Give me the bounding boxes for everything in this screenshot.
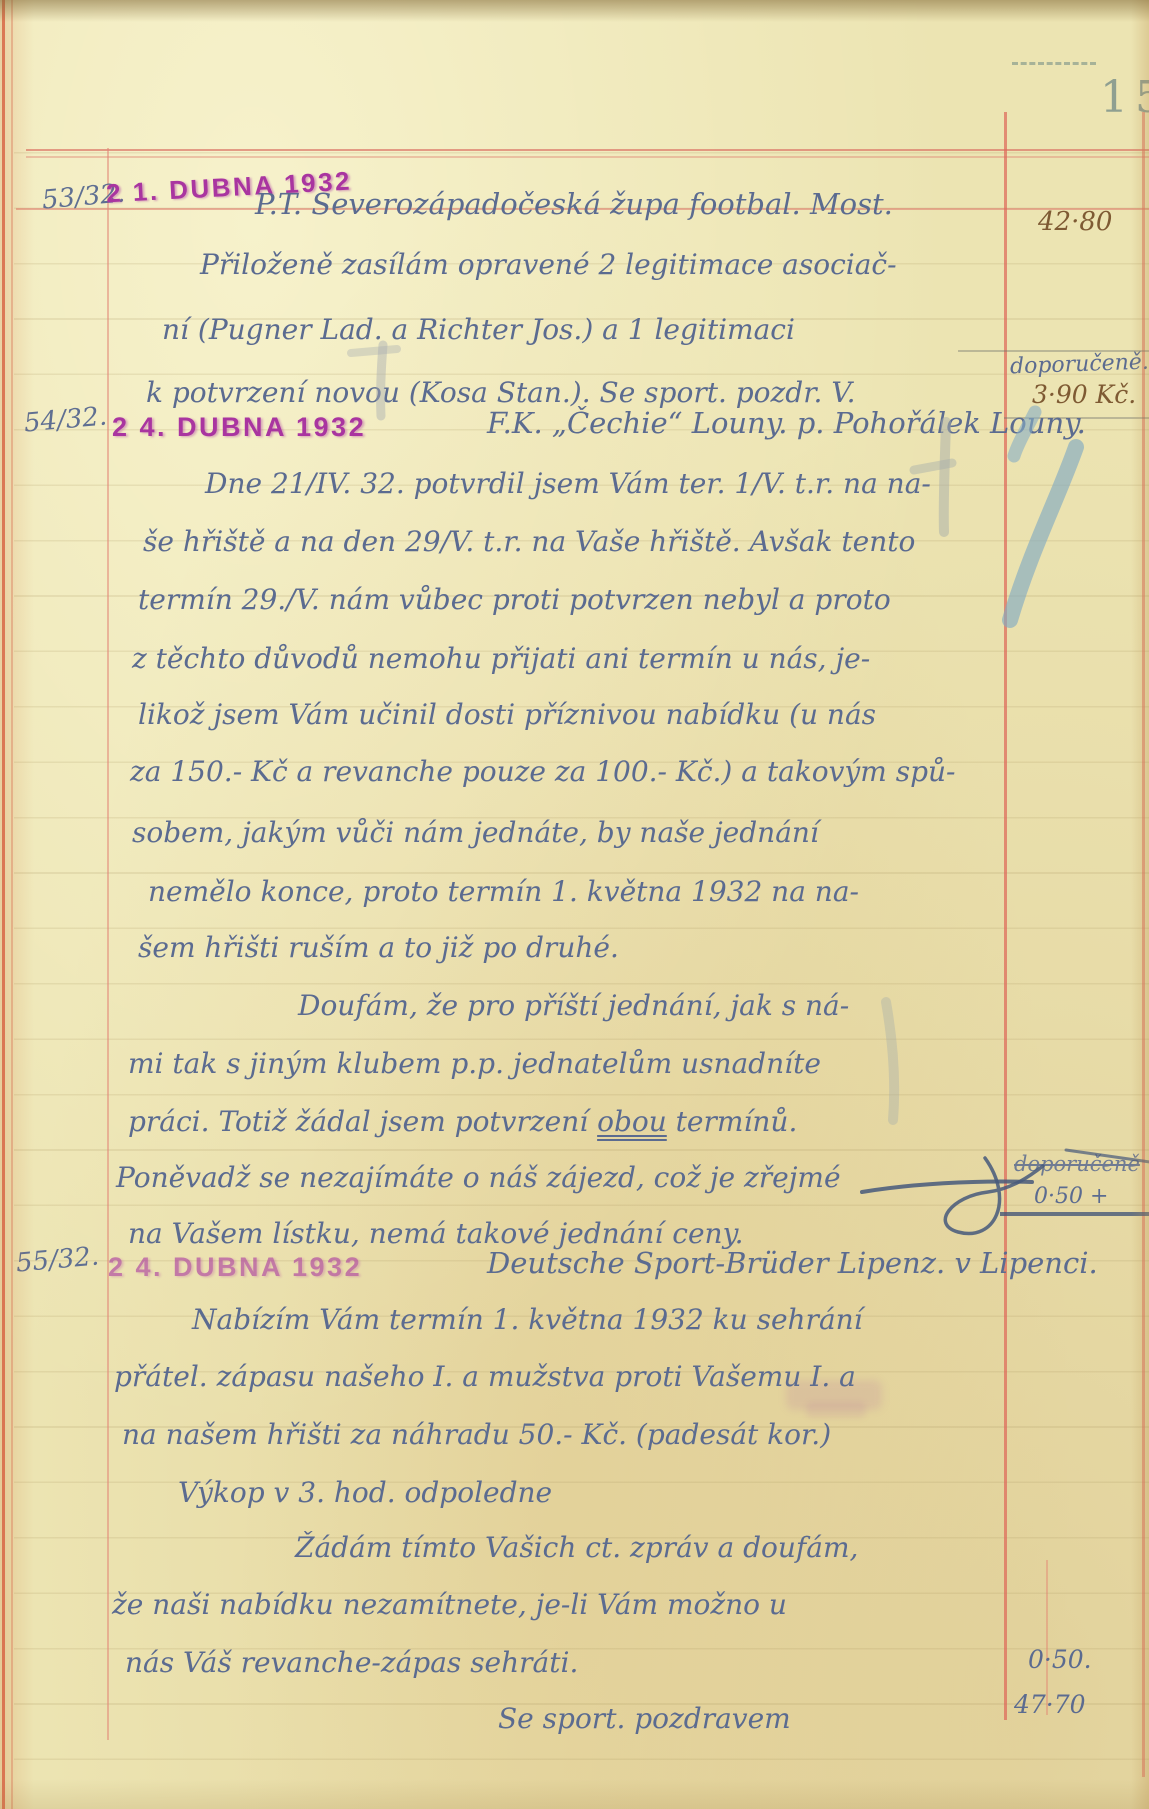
handwritten-line: za 150.- Kč a revanche pouze za 100.- Kč…: [130, 756, 955, 788]
top-rule-line-1: [26, 149, 1149, 151]
handwritten-line: ní (Pugner Lad. a Richter Jos.) a 1 legi…: [162, 314, 795, 346]
date-stamp: 2 4. DUBNA 1932: [112, 412, 366, 443]
margin-heavy-underline: [1000, 1212, 1149, 1216]
handwritten-line: mi tak s jiným klubem p.p. jednatelům us…: [128, 1048, 821, 1080]
scanned-ledger-page: { "page": { "number": "15", "ink_color":…: [0, 0, 1149, 1809]
margin-note-struck: doporučeně: [1014, 1152, 1140, 1176]
handwritten-line-with-underline: práci. Totiž žádal jsem potvrzení obou t…: [128, 1106, 797, 1138]
line-segment: termínů.: [667, 1105, 798, 1138]
handwritten-line: Poněvadž se nezajímáte o náš zájezd, což…: [116, 1162, 841, 1194]
handwritten-line: Nabízím Vám termín 1. května 1932 ku seh…: [192, 1304, 863, 1336]
handwritten-line: šem hřišti ruším a to již po druhé.: [138, 932, 619, 964]
line-segment: práci. Totiž žádal jsem potvrzení: [128, 1105, 597, 1138]
margin-fee: 0·50 +: [1034, 1184, 1108, 1209]
handwritten-line: Doufám, že pro příští jednání, jak s ná-: [298, 990, 849, 1022]
handwritten-line: že naši nabídku nezamítnete, je-li Vám m…: [112, 1589, 787, 1621]
margin-note-registered: doporučeně.: [1010, 350, 1149, 380]
stamp-bleedthrough-smudge-2: [806, 1402, 866, 1418]
pencil-dash-mark: [1012, 62, 1096, 65]
underlined-word: obou: [597, 1105, 667, 1138]
handwritten-line: likož jsem Vám učinil dosti příznivou na…: [138, 699, 876, 731]
handwritten-heading: Deutsche Sport-Brüder Lipenz. v Lipenci.: [487, 1247, 1098, 1280]
handwritten-line: še hřiště a na den 29/V. t.r. na Vaše hř…: [143, 526, 915, 558]
handwritten-line: termín 29./V. nám vůbec proti potvrzen n…: [138, 584, 891, 616]
handwritten-line: k potvrzení novou (Kosa Stan.). Se sport…: [146, 377, 856, 409]
margin-amount: 42·80: [1038, 207, 1112, 237]
handwritten-line: Se sport. pozdravem: [498, 1703, 791, 1735]
handwritten-line: na našem hřišti za náhradu 50.- Kč. (pad…: [122, 1419, 831, 1451]
handwritten-line: z těchto důvodů nemohu přijati ani termí…: [132, 643, 870, 675]
handwritten-line: Dne 21/IV. 32. potvrdil jsem Vám ter. 1/…: [205, 468, 931, 500]
margin-fee: 0·50.: [1028, 1645, 1092, 1674]
margin-fee: 47·70: [1014, 1690, 1086, 1719]
handwritten-line: Výkop v 3. hod. odpoledne: [178, 1477, 552, 1509]
handwritten-line: nás Váš revanche-zápas sehráti.: [125, 1647, 578, 1679]
page-number: 15: [1100, 72, 1149, 123]
page-edge-line-left-2: [11, 0, 13, 1809]
margin-fee: 3·90 Kč.: [1032, 380, 1136, 409]
page-edge-line-left-1: [2, 0, 5, 1809]
handwritten-line: přátel. zápasu našeho I. a mužstva proti…: [114, 1361, 856, 1393]
handwritten-heading: P.T. Severozápadočeská župa footbal. Mos…: [255, 188, 893, 221]
handwritten-line: Žádám tímto Vašich ct. zpráv a doufám,: [295, 1532, 858, 1564]
handwritten-line: sobem, jakým vůči nám jednáte, by naše j…: [132, 817, 819, 849]
handwritten-line: nemělo konce, proto termín 1. května 193…: [148, 876, 859, 908]
date-stamp: 2 4. DUBNA 1932: [108, 1252, 362, 1283]
handwritten-line: Přiloženě zasílám opravené 2 legitimace …: [200, 249, 897, 281]
handwritten-heading: F.K. „Čechie“ Louny. p. Pohořálek Louny.: [487, 407, 1086, 440]
